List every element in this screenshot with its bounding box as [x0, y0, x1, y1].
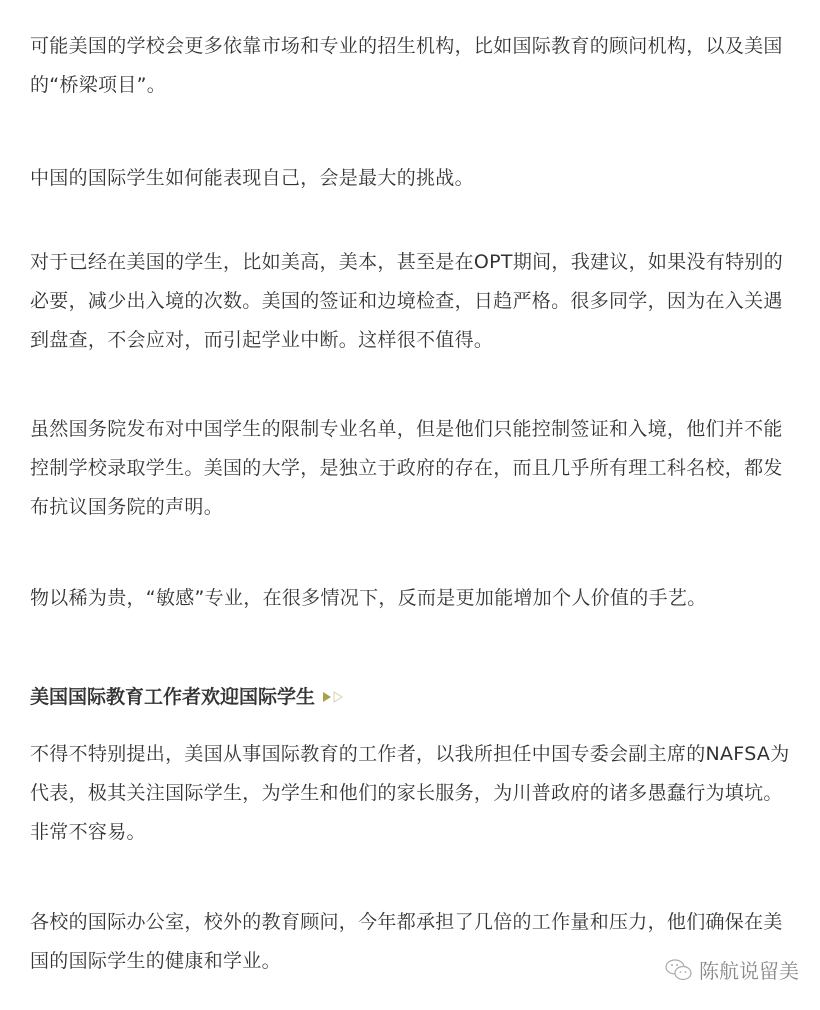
paragraph-1: 可能美国的学校会更多依靠市场和专业的招生机构，比如国际教育的顾问机构，以及美国的…: [30, 27, 790, 105]
section-heading: 美国国际教育工作者欢迎国际学生: [30, 682, 349, 712]
watermark-label: 陈航说留美: [699, 955, 799, 984]
paragraph-6: 不得不特别提出，美国从事国际教育的工作者，以我所担任中国专委会副主席的NAFSA…: [30, 735, 790, 852]
watermark: 陈航说留美: [665, 955, 799, 984]
wechat-icon: [665, 958, 693, 982]
paragraph-2: 中国的国际学生如何能表现自己，会是最大的挑战。: [30, 159, 790, 198]
paragraph-5: 物以稀为贵，“敏感”专业，在很多情况下，反而是更加能增加个人价值的手艺。: [30, 579, 790, 618]
section-heading-text: 美国国际教育工作者欢迎国际学生: [30, 682, 315, 712]
play-arrows-icon: [323, 690, 349, 704]
paragraph-4: 虽然国务院发布对中国学生的限制专业名单，但是他们只能控制签证和入境，他们并不能控…: [30, 410, 790, 527]
paragraph-3: 对于已经在美国的学生，比如美高，美本，甚至是在OPT期间，我建议，如果没有特别的…: [30, 243, 790, 360]
